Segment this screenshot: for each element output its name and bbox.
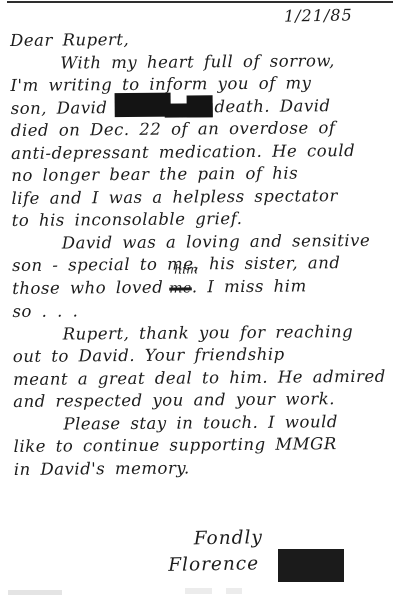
handwritten-text: those who loved <box>12 277 163 297</box>
signature-name: Florence <box>168 551 264 579</box>
handwritten-text: meant a great deal to him. He admired <box>13 366 386 388</box>
handwritten-text: out to David. Your friendship <box>13 345 285 366</box>
letter-line: died on Dec. 22 of an overdose of <box>11 117 395 143</box>
letter-lines: With my heart full of sorrow,I'm writing… <box>10 49 398 481</box>
letter-line: David was a loving and sensitive <box>12 229 396 255</box>
letter-body: Dear Rupert, With my heart full of sorro… <box>10 27 398 481</box>
signature-block: Fondly Florence <box>168 525 264 579</box>
letter-line: to his inconsolable grief. <box>12 207 396 233</box>
letter-line: in David's memory. <box>14 455 398 481</box>
salutation: Dear Rupert, <box>10 27 394 53</box>
letter-line: anti-depressant medication. He could <box>11 139 395 165</box>
scan-smudge <box>8 590 62 595</box>
handwritten-text: . I miss him <box>192 276 307 296</box>
scan-smudge <box>226 588 242 594</box>
letter-line: those who lovedhimme. I miss him <box>12 274 396 301</box>
letter-line: and respected you and your work. <box>13 388 397 414</box>
letter-line: out to David. Your friendship <box>13 343 397 369</box>
signature-redaction-box <box>278 549 344 582</box>
handwritten-text: and respected you and your work. <box>13 389 335 411</box>
handwritten-text: like to continue supporting MMGR <box>14 434 337 456</box>
letter-line: son, Daviddeath. David <box>11 94 395 120</box>
handwritten-correction: himme <box>169 276 192 300</box>
handwritten-text: life and I was a helpless spectator <box>11 186 338 208</box>
handwritten-text: died on Dec. 22 of an overdose of <box>11 118 336 140</box>
letter-date: 1/21/85 <box>284 5 353 25</box>
letter-line: Please stay in touch. I would <box>13 410 397 436</box>
handwritten-text: no longer bear the pain of his <box>11 163 298 185</box>
redaction-segment <box>114 92 170 116</box>
letter-line: life and I was a helpless spectator <box>11 184 395 210</box>
handwritten-text: in David's memory. <box>14 458 190 479</box>
redaction-box <box>114 96 212 117</box>
handwritten-text: Please stay in touch. I would <box>63 412 338 433</box>
handwritten-text: David was a loving and sensitive <box>62 230 370 252</box>
letter-line: Rupert, thank you for reaching <box>13 320 397 346</box>
inserted-word: him <box>174 263 198 276</box>
letter-line: no longer bear the pain of his <box>11 162 395 188</box>
handwritten-text: death. David <box>214 96 330 116</box>
signature-closing: Fondly <box>194 525 264 552</box>
redaction-segment <box>186 95 212 117</box>
letter-line: like to continue supporting MMGR <box>14 433 398 459</box>
scan-smudge <box>185 588 212 594</box>
handwritten-text: to his inconsolable grief. <box>12 209 243 230</box>
handwritten-text: With my heart full of sorrow, <box>60 51 335 72</box>
letter-line: With my heart full of sorrow, <box>10 49 394 75</box>
scan-artifact-line <box>7 1 393 3</box>
struck-word: me <box>169 280 192 296</box>
letter-line: so . . . <box>12 298 396 324</box>
letter-line: son - special to me, his sister, and <box>12 252 396 278</box>
handwritten-text: son, David <box>11 98 108 118</box>
letter-line: meant a great deal to him. He admired <box>13 365 397 391</box>
scanned-letter-page: 1/21/85 Dear Rupert, With my heart full … <box>0 0 398 600</box>
letter-line: I'm writing to inform you of my <box>10 72 394 98</box>
handwritten-text: so . . . <box>12 301 78 321</box>
handwritten-text: Rupert, thank you for reaching <box>63 322 354 344</box>
handwritten-text: anti-depressant medication. He could <box>11 140 355 162</box>
